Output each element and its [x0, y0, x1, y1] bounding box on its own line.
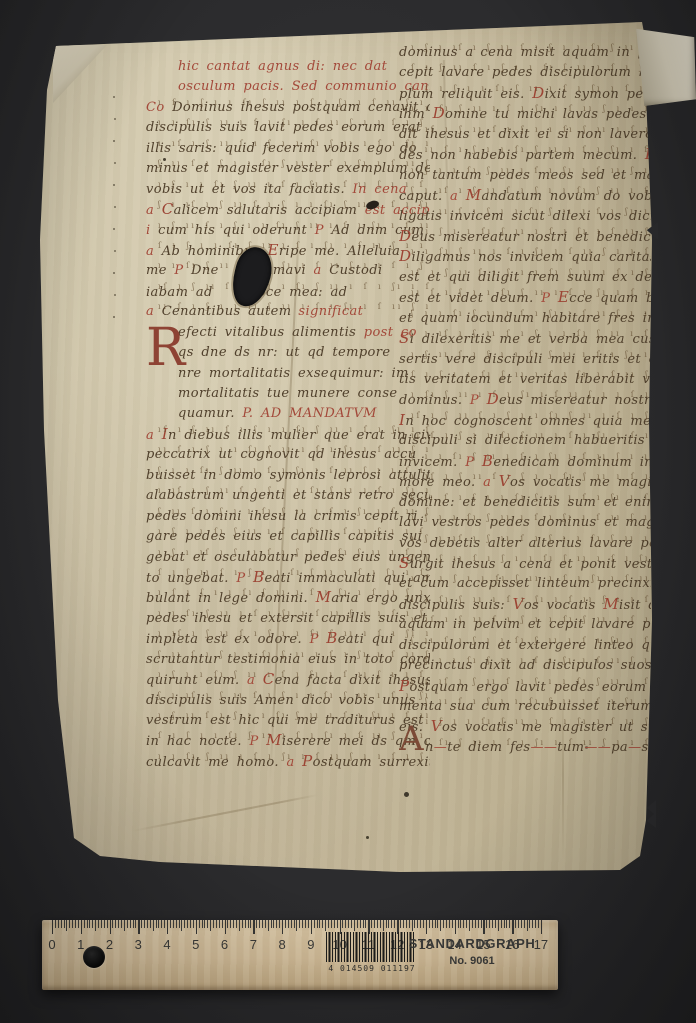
neume-marks: ı ʃ ı ı ſı ʃ ıı ı ſ ı ʃı ı ſ ıı ʃ ı ı ſ … — [411, 507, 651, 528]
ruler-tick — [98, 920, 99, 928]
neume-marks: ı ıſ ı ʃ ıı ſ ı ʃ ı ı ſı ʃ ıı ı ſ ı ʃı ı… — [158, 623, 430, 644]
ruler-tick — [322, 920, 323, 928]
ruler-tick — [403, 920, 404, 928]
neume-marks: ı ʃ ı ı ſı ʃ ıı ı ſ ı ʃı ı ſ ıı ʃ ı ı ſ … — [158, 664, 430, 685]
ruler-tick — [331, 920, 332, 928]
ruler-tick — [202, 920, 203, 928]
body-text: nre mortalitatis exsequimur: im — [178, 366, 409, 381]
neume-marks: ı ſ ı ʃ ı ı ſı ʃ ıı ı ſ ı ʃı ı ſ ıı ʃ ı … — [158, 92, 430, 113]
ruler-tick — [481, 920, 482, 928]
manuscript-page: hic cantat agnus di: nec datosculum paci… — [0, 0, 696, 1023]
ruler-cm-number: 5 — [192, 937, 199, 952]
ruler-tick — [383, 920, 384, 931]
ruler-tick — [529, 920, 530, 928]
ruler-tick — [207, 920, 208, 928]
ruler-tick — [199, 920, 200, 928]
body-text: efecti vitalibus alimentis — [178, 325, 364, 340]
ruler-tick — [141, 920, 142, 928]
neume-marks: ıı ſ ı ʃ ı ı ſı ʃ ıı ı ſ ı ʃı ı ſ ıı ʃ ı… — [158, 439, 430, 460]
ruler-tick — [115, 920, 116, 928]
large-initial: A — [399, 722, 424, 756]
ruler-tick — [345, 920, 346, 928]
ruler-tick — [262, 920, 263, 928]
ruler-tick — [446, 920, 447, 928]
ruler-tick — [417, 920, 418, 928]
ruler-tick — [273, 920, 274, 928]
ruler-tick — [308, 920, 309, 928]
ruler-tick — [130, 920, 131, 928]
ruler-tick — [409, 920, 410, 928]
ruler-model-number: No. 9061 — [402, 955, 542, 967]
rubric-text: S — [399, 554, 410, 572]
ruler-tick — [144, 920, 145, 928]
ruler-tick — [210, 920, 211, 931]
ruler-cm-number: 2 — [106, 937, 113, 952]
manuscript-line: nre mortalitatis exsequimur: im — [146, 363, 430, 383]
ruler-cm-number: 0 — [48, 937, 55, 952]
ruler-tick — [365, 920, 366, 928]
ruler-tick — [380, 920, 381, 928]
ruler-tick — [173, 920, 174, 928]
ruler-tick — [196, 920, 197, 934]
ruler-tick — [150, 920, 151, 928]
ruler-tick — [469, 920, 470, 931]
rubric-text: hic cantat agnus di: nec dat — [178, 59, 387, 74]
ruler-tick — [227, 920, 228, 928]
ruler-tick — [75, 920, 76, 928]
manuscript-line: hic cantat agnus di: nec dat — [146, 56, 430, 76]
neume-marks: ıı ſ ı ʃ ı ı ſı ʃ ıı ı ſ ı ʃı ı ſ ıı ʃ ı… — [411, 282, 651, 303]
ruler-tick — [512, 920, 513, 934]
neume-marks: ı ʃ ıı ſ ı ʃ ı ı ſı ʃ ıı ı ſ ı ʃı ı ſ ıı… — [158, 705, 430, 726]
ruler-tick — [299, 920, 300, 928]
neume-marks: ſ ı ʃ ıı ſ ı ʃ ı ı ſı ʃ ıı ı ſ ı ʃı ı ſ … — [411, 548, 651, 569]
ruler-tick — [452, 920, 453, 928]
neume-marks: ı ı ſı ʃ ıı ı ſ ı ʃı ı ſ ıı ʃ ı ı ſ ı ʃ … — [158, 255, 430, 276]
manuscript-photograph: hic cantat agnus di: nec datosculum paci… — [0, 0, 696, 1023]
ruler-tick — [153, 920, 154, 931]
ruler-tick — [305, 920, 306, 928]
ruler-brand-label: STANDARDGRAPH — [402, 936, 542, 951]
ruler-tick — [242, 920, 243, 928]
rubric-text: P — [399, 677, 410, 695]
neume-marks: ʃ ı ıſ ı ʃ ıı ſ ı ʃ ı ı ſı ʃ ıı ı ſ ı ʃı… — [158, 194, 430, 215]
ruler-tick — [276, 920, 277, 928]
ruler-tick — [181, 920, 182, 931]
ruler-tick — [432, 920, 433, 928]
ruler-cm-number: 9 — [307, 937, 314, 952]
ruler-tick — [230, 920, 231, 928]
neume-marks: ı ʃ ı ıſ ı ʃ ıı ſ ı ʃ ı ı ſı ʃ ıı ı ſ ı … — [411, 528, 651, 549]
neume-marks: ıſ ı ʃ ıı ſ ı ʃ ı ı ſı ʃ ıı ı ſ ı ʃı ı ſ… — [158, 276, 430, 297]
ruler-tick — [394, 920, 395, 928]
ruler-tick — [124, 920, 125, 931]
neume-marks: ı ʃ ı ıſ ı ʃ ıı ſ ı ʃ ı ı ſı ʃ ıı ı ſ ı … — [411, 42, 651, 58]
neume-marks: ı ı ſı ʃ ıı ı ſ ı ʃı ı ſ ıı ʃ ı ı ſ ı ʃ … — [158, 112, 430, 133]
ruler-tick — [225, 920, 226, 934]
neume-marks: ſ ı ʃ ı ı ſı ʃ ıı ı ſ ı ʃı ı ſ ıı ʃ ı ı … — [411, 364, 651, 385]
ruler-tick — [342, 920, 343, 928]
ruler-tick — [437, 920, 438, 928]
ruler-tick — [81, 920, 82, 934]
ruler-tick — [104, 920, 105, 928]
ruler-tick — [256, 920, 257, 928]
ruler-tick — [388, 920, 389, 928]
ruler-tick — [360, 920, 361, 928]
neume-marks: ıı ſ ı ʃ ı ı ſı ʃ ıı ı ſ ı ʃı ı ſ ıı ʃ ı… — [158, 296, 430, 317]
manuscript-line: ıı ſ ı ʃ ı ı ſı ʃ ıı ı ſ ı ʃı ı ſ ıı ʃ ı… — [146, 301, 430, 321]
ruler-tick — [325, 920, 326, 931]
neume-marks: ıı ſ ı ʃ ı ı ſı ʃ ıı ı ſ ı ʃı ı ſ ıı ʃ ı… — [411, 425, 651, 446]
ruler-cm-number: 4 — [163, 937, 170, 952]
neume-marks: ſ ı ʃ ı ı ſı ʃ ıı ı ſ ı ʃı ı ſ ıı ʃ ı ı … — [411, 221, 651, 242]
ruler-tick — [118, 920, 119, 928]
neume-marks: ſ ı ʃ ı ı ſı ʃ ıı ı ſ ı ʃı ı ſ ıı ʃ ı ı … — [158, 235, 430, 256]
ruler-tick — [58, 920, 59, 928]
neume-marks: ı ʃ ı ı ſı ʃ ıı ı ſ ı ʃı ı ſ ıı ʃ ı ı ſ … — [158, 174, 430, 195]
ruler-cm-number: 6 — [221, 937, 228, 952]
pricking-holes — [113, 96, 115, 98]
ruler-tick — [121, 920, 122, 928]
ruler-tick — [518, 920, 519, 928]
ruler-tick — [204, 920, 205, 928]
body-text: mortalitatis tue munere conse — [178, 386, 398, 401]
ruler-tick — [161, 920, 162, 928]
ruler-tick — [110, 920, 111, 934]
ruler-tick — [337, 920, 338, 928]
ruler-tick — [193, 920, 194, 928]
neume-marks: ıſ ı ʃ ıı ſ ı ʃ ı ı ſı ʃ ıı ı ſ ı ʃı ı ſ… — [411, 405, 651, 426]
ruler-tick — [138, 920, 139, 934]
ruler-tick — [259, 920, 260, 928]
ruler-tick — [55, 920, 56, 928]
ruler-tick — [363, 920, 364, 928]
ruler-tick — [164, 920, 165, 928]
ruler-tick — [52, 920, 53, 934]
neume-marks: ʃ ıı ſ ı ʃ ı ı ſı ʃ ıı ı ſ ı ʃı ı ſ ıı ʃ… — [411, 630, 651, 651]
ruler-tick — [69, 920, 70, 928]
neume-marks: ı ʃ ı ı ſı ʃ ıı ı ſ ı ʃı ı ſ ıı ʃ ı ı ſ … — [411, 650, 651, 671]
ruler-tick — [538, 920, 539, 928]
ruler-tick — [184, 920, 185, 928]
neume-marks: ıſ ı ʃ ıı ſ ı ʃ ı ı ſı ʃ ıı ı ſ ı ʃı ı ſ… — [158, 419, 430, 440]
neume-marks: ı ı ſı ʃ ıı ı ſ ı ʃı ı ſ ıı ʃ ı ı ſ ı ʃ … — [411, 732, 651, 753]
neume-marks: ı ı ſı ʃ ıı ı ſ ı ʃı ı ſ ıı ʃ ı ı ſ ı ʃ … — [158, 746, 430, 767]
ruler-tick — [478, 920, 479, 928]
ruler-tick — [219, 920, 220, 928]
ruler-cm-number: 3 — [135, 937, 142, 952]
ruler-tick — [84, 920, 85, 928]
ruler-tick — [423, 920, 424, 928]
ruler-tick — [435, 920, 436, 928]
ruler-tick — [245, 920, 246, 928]
ruler-tick — [127, 920, 128, 928]
ruler-tick — [426, 920, 427, 934]
ruler-tick — [440, 920, 441, 931]
ruler-tick — [236, 920, 237, 928]
ruler-tick — [429, 920, 430, 928]
ruler-tick — [222, 920, 223, 928]
ruler-tick — [248, 920, 249, 928]
neume-marks: ʃ ı ıſ ı ʃ ıı ſ ı ʃ ı ı ſı ʃ ıı ı ſ ı ʃı… — [411, 180, 651, 201]
ruler-tick — [509, 920, 510, 928]
ruler-cm-number: 1 — [77, 937, 84, 952]
parchment-specks — [0, 0, 3, 3]
neume-marks: ı ıſ ı ʃ ıı ſ ı ʃ ı ı ſı ʃ ıı ı ſ ı ʃı ı… — [411, 609, 651, 630]
ruler-tick — [89, 920, 90, 928]
neume-marks: ı ʃ ıı ſ ı ʃ ı ı ſı ʃ ıı ı ſ ı ʃı ı ſ ıı… — [158, 215, 430, 236]
ruler-tick — [282, 920, 283, 934]
ruler-tick — [176, 920, 177, 928]
ruler-tick — [187, 920, 188, 928]
ruler-cm-number: 8 — [278, 937, 285, 952]
neume-marks: ʃ ıı ſ ı ʃ ı ı ſı ʃ ıı ı ſ ı ʃı ı ſ ıı ʃ… — [411, 139, 651, 160]
neume-marks: ı ıſ ı ʃ ıı ſ ı ʃ ı ı ſı ʃ ıı ı ſ ı ʃı ı… — [158, 133, 430, 154]
neume-marks: ı ıſ ı ʃ ıı ſ ı ʃ ı ı ſı ʃ ıı ı ſ ı ʃı ı… — [411, 466, 651, 487]
ruler-tick — [357, 920, 358, 928]
ruler-tick — [72, 920, 73, 928]
neume-marks: ıſ ı ʃ ıı ſ ı ʃ ı ı ſı ʃ ıı ı ſ ı ʃı ı ſ… — [411, 262, 651, 283]
neume-marks: ı ʃ ıı ſ ı ʃ ı ı ſı ʃ ıı ı ſ ı ʃı ı ſ ıı… — [411, 691, 651, 712]
ruler-tick — [179, 920, 180, 928]
neume-marks: ı ʃ ı ı ſı ʃ ıı ı ſ ı ʃı ı ſ ıı ʃ ı ı ſ … — [158, 521, 430, 542]
ruler-tick — [532, 920, 533, 928]
neume-marks: ʃ ıı ſ ı ʃ ı ı ſı ʃ ıı ı ſ ı ʃı ı ſ ıı ʃ… — [411, 487, 651, 508]
ruler-tick — [265, 920, 266, 928]
ruler-tick — [386, 920, 387, 928]
ruler-tick — [504, 920, 505, 928]
neume-marks: ı ʃ ı ıſ ı ʃ ıı ſ ı ʃ ı ı ſı ʃ ıı ı ſ ı … — [158, 542, 430, 563]
ruler-tick — [156, 920, 157, 928]
ruler-tick — [412, 920, 413, 931]
ruler-tick — [420, 920, 421, 928]
ruler-tick — [495, 920, 496, 928]
neume-marks: ʃ ı ı ſı ʃ ıı ı ſ ı ʃı ı ſ ıı ʃ ı ı ſ ı … — [158, 460, 430, 481]
ruler-tick — [317, 920, 318, 928]
ruler-tick — [377, 920, 378, 928]
neume-marks: ı ı ſı ʃ ıı ı ſ ı ʃı ı ſ ıı ʃ ı ı ſ ı ʃ … — [411, 589, 651, 610]
neume-marks: ı ıſ ı ʃ ıı ſ ı ʃ ı ı ſı ʃ ıı ı ſ ı ʃı ı… — [158, 480, 430, 501]
rubric-text: D — [399, 247, 411, 265]
ruler-tick — [348, 920, 349, 928]
ruler: 01234567891011121314151617 4 014509 0111… — [42, 920, 558, 990]
neume-marks: ʃ ı ıſ ı ʃ ıı ſ ı ʃ ı ı ſı ʃ ıı ı ſ ı ʃı… — [411, 323, 651, 344]
manuscript-line: qs dne ds nr: ut qd tempore — [146, 342, 430, 362]
neume-marks: ʃ ı ıſ ı ʃ ıı ſ ı ʃ ı ı ſı ʃ ıı ı ſ ı ʃı… — [411, 671, 651, 692]
ruler-tick — [501, 920, 502, 928]
ruler-tick — [460, 920, 461, 928]
neume-marks: ı ſ ı ʃ ı ı ſı ʃ ıı ı ſ ı ʃı ı ſ ıı ʃ ı … — [411, 78, 651, 99]
neume-marks: ʃ ıı ſ ı ʃ ı ı ſı ʃ ıı ı ſ ı ʃı ı ſ ıı ʃ… — [158, 501, 430, 522]
ruler-tick — [351, 920, 352, 928]
top-left-corner-fold — [53, 45, 107, 103]
neume-marks: ʃ ıı ſ ı ʃ ı ı ſı ʃ ıı ı ſ ı ʃı ı ſ ıı ʃ… — [158, 644, 430, 665]
neume-marks: ı ıſ ı ʃ ıı ſ ı ʃ ı ı ſı ʃ ıı ı ſ ı ʃı ı… — [411, 119, 651, 140]
ruler-tick — [291, 920, 292, 928]
ruler-tick — [391, 920, 392, 928]
neume-marks: ı ʃ ıı ſ ı ʃ ı ı ſı ʃ ıı ı ſ ı ʃı ı ſ ıı… — [411, 201, 651, 222]
neume-marks: ſ ı ʃ ıı ſ ı ʃ ı ı ſı ʃ ıı ı ſ ı ʃı ı ſ … — [411, 57, 651, 78]
ruler-tick — [328, 920, 329, 928]
ruler-tick — [92, 920, 93, 928]
ruler-tick — [475, 920, 476, 928]
neume-marks: ı ı ſı ʃ ıı ı ſ ı ʃı ı ſ ıı ʃ ı ı ſ ı ʃ … — [411, 241, 651, 262]
ruler-tick — [268, 920, 269, 931]
ruler-tick — [66, 920, 67, 931]
ruler-tick — [296, 920, 297, 931]
ruler-tick — [535, 920, 536, 928]
ruler-hang-hole — [83, 946, 105, 968]
ruler-tick — [302, 920, 303, 928]
barcode — [326, 932, 414, 962]
ruler-tick — [483, 920, 484, 934]
ruler-tick — [285, 920, 286, 928]
ruler-tick — [288, 920, 289, 928]
ruler-tick — [147, 920, 148, 928]
neume-marks: ı ʃ ıı ſ ı ʃ ı ı ſı ʃ ıı ı ſ ı ʃı ı ſ ıı… — [411, 344, 651, 365]
neume-marks: ſ ı ʃ ı ı ſı ʃ ıı ı ſ ı ʃı ı ſ ıı ʃ ı ı … — [411, 711, 651, 732]
neume-marks: ʃ ı ı ſı ʃ ıı ı ſ ı ʃı ı ſ ıı ʃ ı ı ſ ı … — [411, 446, 651, 467]
neume-marks: ſ ı ʃ ıı ſ ı ʃ ı ı ſı ʃ ıı ı ſ ı ʃı ı ſ … — [158, 562, 430, 583]
folded-corner-flap — [636, 22, 696, 106]
neume-marks: ı ſ ı ʃ ı ı ſı ʃ ıı ı ſ ı ʃı ı ſ ıı ʃ ı … — [158, 582, 430, 603]
ruler-tick — [61, 920, 62, 928]
bottom-crease — [132, 794, 319, 832]
ruler-tick — [135, 920, 136, 928]
ruler-tick — [190, 920, 191, 928]
text-column-left: hic cantat agnus di: nec datosculum paci… — [146, 56, 430, 774]
ruler-tick — [216, 920, 217, 928]
ruler-tick — [489, 920, 490, 928]
manuscript-line: Refecti vitalibus alimentis post co — [146, 322, 430, 342]
body-text: qs dne ds nr: ut qd tempore — [178, 345, 390, 360]
ruler-tick — [527, 920, 528, 931]
ruler-tick — [253, 920, 254, 934]
ruler-tick — [101, 920, 102, 928]
ruler-tick — [472, 920, 473, 928]
neume-marks: ı ſ ı ʃ ı ı ſı ʃ ıı ı ſ ı ʃı ı ſ ıı ʃ ı … — [411, 568, 651, 589]
neume-marks: ı ı ſı ʃ ıı ı ſ ı ʃı ı ſ ıı ʃ ı ı ſ ı ʃ … — [411, 98, 651, 119]
manuscript-line: mortalitatis tue munere conse — [146, 383, 430, 403]
ruler-tick — [311, 920, 312, 934]
ruler-tick — [64, 920, 65, 928]
ruler-tick — [279, 920, 280, 928]
ruler-tick — [170, 920, 171, 928]
rubric-text: i — [146, 223, 158, 238]
ruler-tick — [458, 920, 459, 928]
neume-marks: ʃ ı ı ſı ʃ ıı ı ſ ı ʃı ı ſ ıı ʃ ı ı ſ ı … — [411, 303, 651, 324]
ruler-tick — [524, 920, 525, 928]
ruler-tick — [319, 920, 320, 928]
ruler-tick — [271, 920, 272, 928]
ruler-tick — [492, 920, 493, 928]
neume-marks: ı ı ſı ʃ ıı ı ſ ı ʃı ı ſ ıı ʃ ı ı ſ ı ʃ … — [158, 603, 430, 624]
ruler-tick — [314, 920, 315, 928]
ruler-tick — [78, 920, 79, 928]
text-column-right: ı ʃ ı ıſ ı ʃ ıı ſ ı ʃ ı ı ſı ʃ ıı ı ſ ı … — [399, 42, 651, 760]
ruler-tick — [158, 920, 159, 928]
ruler-tick — [334, 920, 335, 928]
ruler-tick — [213, 920, 214, 928]
ruler-tick — [449, 920, 450, 928]
neume-marks: ſ ı ʃ ı ı ſı ʃ ıı ı ſ ı ʃı ı ſ ıı ʃ ı ı … — [158, 725, 430, 746]
ruler-tick — [541, 920, 542, 934]
ruler-tick — [414, 920, 415, 928]
ruler-tick — [233, 920, 234, 928]
ruler-tick — [167, 920, 168, 934]
ruler-tick — [294, 920, 295, 928]
neume-marks: ı ʃ ı ı ſı ʃ ıı ı ſ ı ʃı ı ſ ıı ʃ ı ı ſ … — [411, 160, 651, 181]
ruler-tick — [406, 920, 407, 928]
manuscript-line: ı ı ſı ʃ ıı ı ſ ı ʃı ı ſ ıı ʃ ı ı ſ ı ʃ … — [146, 751, 430, 771]
ruler-tick — [95, 920, 96, 931]
ruler-tick — [107, 920, 108, 928]
ruler-tick — [443, 920, 444, 928]
rubric-text: S — [399, 329, 410, 347]
ruler-tick — [239, 920, 240, 931]
ruler-tick — [486, 920, 487, 928]
ruler-tick — [455, 920, 456, 934]
ruler-tick — [498, 920, 499, 931]
neume-marks: ʃ ıı ſ ı ʃ ı ı ſı ʃ ıı ı ſ ı ʃı ı ſ ıı ʃ… — [158, 153, 430, 174]
rubric-text: D — [399, 227, 411, 245]
ruler-tick — [506, 920, 507, 928]
ruler-tick — [400, 920, 401, 928]
ruler-tick — [133, 920, 134, 928]
ruler-tick — [250, 920, 251, 928]
ruler-tick — [515, 920, 516, 928]
manuscript-line: ı ı ſı ʃ ıı ı ſ ı ʃı ı ſ ıı ʃ ı ı ſ ı ʃ … — [399, 737, 651, 757]
ruler-tick — [466, 920, 467, 928]
ruler-tick — [87, 920, 88, 928]
ruler-tick — [112, 920, 113, 928]
ruler-tick — [463, 920, 464, 928]
ruler-tick — [521, 920, 522, 928]
neume-marks: ʃ ı ıſ ı ʃ ıı ſ ı ʃ ı ı ſı ʃ ıı ı ſ ı ʃı… — [158, 685, 430, 706]
neume-marks: ı ſı ʃ ıı ı ſ ı ʃı ı ſ ıı ʃ ı ı ſ ı ʃ ıı… — [411, 384, 651, 405]
ruler-cm-number: 7 — [250, 937, 257, 952]
ruler-tick — [371, 920, 372, 928]
ruler-tick — [354, 920, 355, 931]
ruler-tick — [374, 920, 375, 928]
